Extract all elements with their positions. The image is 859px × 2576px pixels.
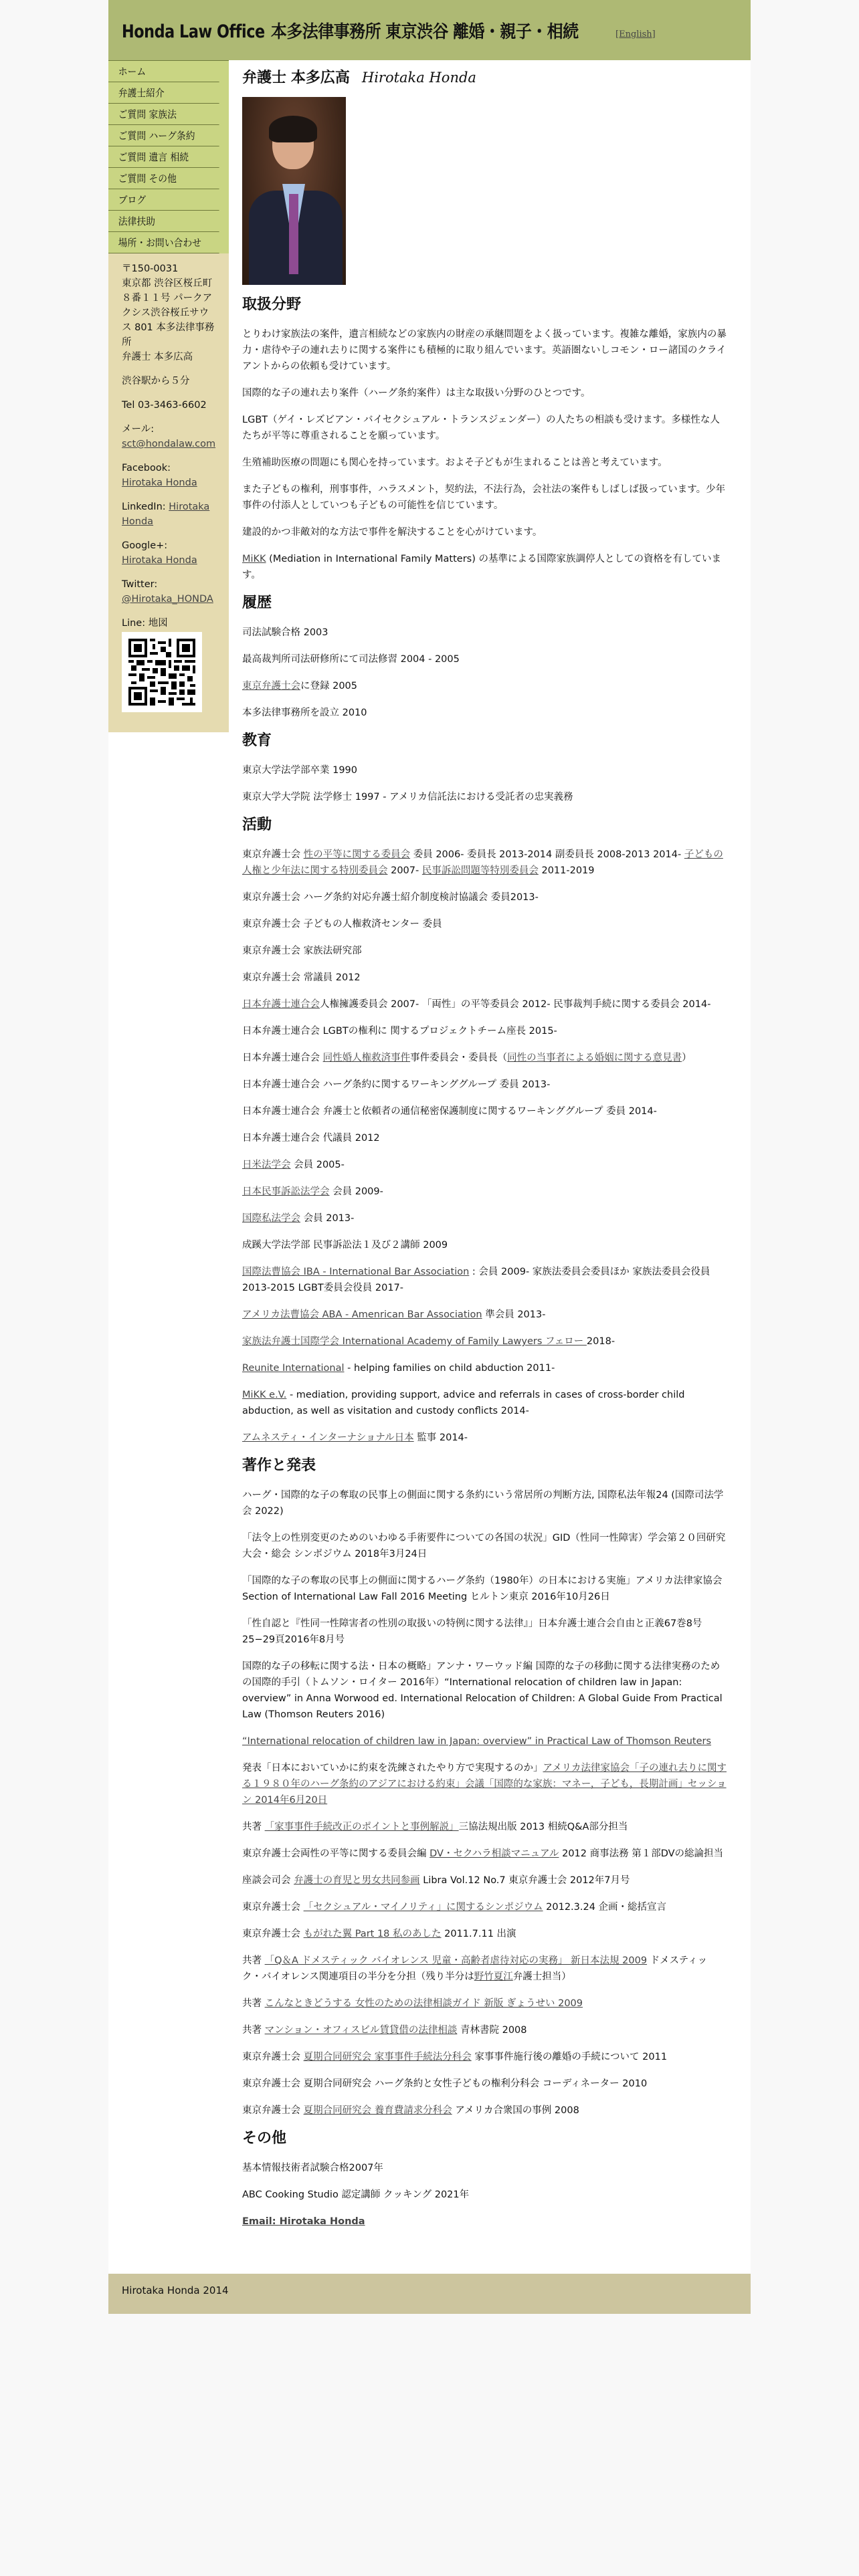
activity-item: アムネスティ・インターナショナル日本 監事 2014- (242, 1430, 727, 1446)
publication-link[interactable]: こんなときどうする 女性のための法律相談ガイド 新版 ぎょうせい 2009 (265, 1998, 583, 2009)
publication-link[interactable]: 弁護士の育児と男女共同参画 (294, 1875, 420, 1886)
education-item: 東京大学大学院 法学修士 1997 - アメリカ信託法における受託者の忠実義務 (242, 789, 727, 805)
activity-item: 日本民事訴訟法学会 会員 2009- (242, 1184, 727, 1200)
publication-link[interactable]: もがれた翼 Part 18 私のあした (304, 1929, 442, 1939)
practice-paragraph: 国際的な子の連れ去り案件（ハーグ条約案件）は主な取扱い分野のひとつです。 (242, 385, 727, 401)
activity-item: MiKK e.V. - mediation, providing support… (242, 1387, 727, 1419)
nav-item-home[interactable]: ホーム (108, 61, 219, 82)
activity-item: 家族法弁護士国際学会 International Academy of Fami… (242, 1333, 727, 1350)
publication-item: 東京弁護士会両性の平等に関する委員会編 DV・セクハラ相談マニュアル 2012 … (242, 1846, 727, 1862)
publication-item: 共著 「家事事件手続改正のポイントと事例解説」三協法規出版 2013 相続Q&A… (242, 1819, 727, 1835)
activity-link[interactable]: アメリカ法曹協会 ABA - Amenrican Bar Association (242, 1309, 482, 1320)
activity-link[interactable]: 日米法学会 (242, 1160, 291, 1170)
nav-item-blog[interactable]: ブログ (108, 189, 219, 211)
publication-link[interactable]: “International relocation of children la… (242, 1736, 711, 1747)
site-title-jp[interactable]: 本多法律事務所 東京渋谷 離婚・親子・相続 (271, 22, 579, 42)
publication-item: “International relocation of children la… (242, 1733, 727, 1749)
activity-link[interactable]: Reunite International (242, 1363, 345, 1374)
activity-item: 日米法学会 会員 2005- (242, 1157, 727, 1173)
publication-item: 東京弁護士会 もがれた翼 Part 18 私のあした 2011.7.11 出演 (242, 1926, 727, 1942)
line-map: 地図 (149, 618, 168, 629)
other-item: ABC Cooking Studio 認定講師 クッキング 2021年 (242, 2187, 727, 2203)
footer-copyright: Hirotaka Honda 2014 (122, 2284, 229, 2296)
site-title[interactable]: Honda Law Office本多法律事務所 東京渋谷 離婚・親子・相続 (122, 18, 579, 43)
activity-link[interactable]: アムネスティ・インターナショナル日本 (242, 1432, 414, 1443)
practice-paragraph: 生殖補助医療の問題にも関心を持っています。およそ子どもが生まれることは善と考えて… (242, 455, 727, 471)
lawyer-portrait-image (242, 97, 346, 285)
mail-link[interactable]: sct@hondalaw.com (122, 439, 215, 449)
publication-item: 「国際的な子の奪取の民事上の側面に関するハーグ条約（1980年）の日本における実… (242, 1573, 727, 1605)
activity-item: アメリカ法曹協会 ABA - Amenrican Bar Association… (242, 1307, 727, 1323)
page-container: Honda Law Office本多法律事務所 東京渋谷 離婚・親子・相続 [E… (108, 0, 751, 2314)
twitter-label: Twitter: (122, 579, 157, 590)
english-link[interactable]: [English] (615, 29, 656, 39)
activity-link[interactable]: 家族法弁護士国際学会 International Academy of Fami… (242, 1336, 587, 1347)
publication-item: 国際的な子の移転に関する法・日本の概略」アンナ・ワーウッド編 国際的な子の移動に… (242, 1658, 727, 1723)
address-block: 〒150-0031 東京都 渋谷区桜丘町８番１１号 パークアクシス渋谷桜丘サウス… (122, 261, 218, 364)
publication-link[interactable]: 「Q＆A ドメスティック バイオレンス 児童・高齢者虐待対応の実務」 新日本法規… (265, 1955, 647, 1966)
publication-link[interactable]: 夏期合同研究会 養育費請求分科会 (304, 2105, 452, 2116)
sidebar: ホーム 弁護士紹介 ご質問 家族法 ご質問 ハーグ条約 ご質問 遺言 相続 ご質… (108, 60, 229, 732)
nav-item-faq-wills[interactable]: ご質問 遺言 相続 (108, 146, 219, 168)
activity-link[interactable]: MiKK e.V. (242, 1390, 286, 1400)
publication-item: 「性自認と『性同一性障害者の性別の取扱いの特例に関する法律』」日本弁護士連合会自… (242, 1616, 727, 1648)
publication-item: 座談会司会 弁護士の育児と男女共同参画 Libra Vol.12 No.7 東京… (242, 1872, 727, 1889)
activity-item: 日本弁護士連合会 LGBTの権利に 関するプロジェクトチーム座長 2015- (242, 1023, 727, 1039)
page-title-en: Hirotaka Honda (362, 70, 476, 86)
mikk-link[interactable]: MiKK (242, 554, 266, 564)
page-title-jp: 弁護士 本多広高 (242, 70, 350, 86)
address: 東京都 渋谷区桜丘町８番１１号 パークアクシス渋谷桜丘サウス 801 本多法律事… (122, 278, 214, 348)
publication-item: 発表「日本においていかに約束を洗練されたやり方で実現するのか」アメリカ法律家協会… (242, 1760, 727, 1808)
facebook-block: Facebook: Hirotaka Honda (122, 461, 218, 490)
google-block: Google+: Hirotaka Honda (122, 538, 218, 568)
activity-link[interactable]: 民事訴訟問題等特別委員会 (422, 865, 539, 876)
education-item: 東京大学法学部卒業 1990 (242, 762, 727, 778)
activity-item: 東京弁護士会 家族法研究部 (242, 943, 727, 959)
activity-item: 日本弁護士連合会 ハーグ条約に関するワーキンググループ 委員 2013- (242, 1077, 727, 1093)
publication-link[interactable]: DV・セクハラ相談マニュアル (429, 1848, 559, 1859)
publication-link[interactable]: マンション・オフィスビル賃貸借の法律相談 (265, 2025, 458, 2036)
page-title: 弁護士 本多広高Hirotaka Honda (242, 70, 727, 86)
activity-item: 東京弁護士会 ハーグ条約対応弁護士紹介制度検討協議会 委員2013- (242, 889, 727, 905)
activity-item: 日本弁護士連合会 同性婚人権救済事件事件委員会・委員長（同性の当事者による婚姻に… (242, 1050, 727, 1066)
publication-link[interactable]: 夏期合同研究会 家事事件手続法分科会 (304, 2052, 472, 2062)
publication-item: 東京弁護士会 夏期合同研究会 ハーグ条約と女性子どもの権利分科会 コーディネータ… (242, 2076, 727, 2092)
site-footer: Hirotaka Honda 2014 (108, 2274, 751, 2314)
history-item: 東京弁護士会に登録 2005 (242, 678, 727, 694)
activity-item: 日本弁護士連合会 弁護士と依頼者の通信秘密保護制度に関するワーキンググループ 委… (242, 1103, 727, 1119)
publication-item: ハーグ・国際的な子の奪取の民事上の側面に関する条約にいう常居所の判断方法, 国際… (242, 1487, 727, 1519)
publication-link[interactable]: 野竹夏江 (474, 1971, 513, 1982)
line-block: Line: 地図 (122, 616, 218, 631)
other-item: 基本情報技術者試験合格2007年 (242, 2160, 727, 2176)
nav-menu: ホーム 弁護士紹介 ご質問 家族法 ご質問 ハーグ条約 ご質問 遺言 相続 ご質… (108, 60, 229, 253)
publication-item: 東京弁護士会 夏期合同研究会 養育費請求分科会 アメリカ合衆国の事例 2008 (242, 2103, 727, 2119)
practice-paragraph: また子どもの権利，刑事事件，ハラスメント，契約法，不法行為，会社法の案件もしばし… (242, 481, 727, 514)
activity-link[interactable]: 性の平等に関する委員会 (304, 849, 411, 860)
google-label: Google+: (122, 540, 167, 551)
contact-box: 〒150-0031 東京都 渋谷区桜丘町８番１１号 パークアクシス渋谷桜丘サウス… (108, 253, 229, 732)
tokyo-bar-link[interactable]: 東京弁護士会 (242, 681, 300, 691)
activity-link[interactable]: 日本民事訴訟法学会 (242, 1186, 330, 1197)
activity-item: 日本弁護士連合会人権擁護委員会 2007- 「両性」の平等委員会 2012- 民… (242, 996, 727, 1012)
nav-item-lawyer-profile[interactable]: 弁護士紹介 (108, 82, 219, 104)
tel: Tel 03-3463-6602 (122, 398, 218, 413)
access: 渋谷駅から５分 (122, 374, 218, 389)
main-content: 弁護士 本多広高Hirotaka Honda 取扱分野 とりわけ家族法の案件，遺… (229, 60, 751, 2274)
activity-item: 東京弁護士会 子どもの人権救済センター 委員 (242, 916, 727, 932)
activity-item: 国際私法学会 会員 2013- (242, 1210, 727, 1226)
activity-link[interactable]: 日本弁護士連合会 (242, 999, 320, 1010)
linkedin-block: LinkedIn: Hirotaka Honda (122, 500, 218, 529)
publication-item: 共著 「Q＆A ドメスティック バイオレンス 児童・高齢者虐待対応の実務」 新日… (242, 1953, 727, 1985)
section-heading-education: 教育 (242, 733, 727, 749)
history-item: 最高裁判所司法研修所にて司法修習 2004 - 2005 (242, 651, 727, 667)
email-link[interactable]: Email: Hirotaka Honda (242, 2216, 365, 2227)
lawyer-name: 弁護士 本多広高 (122, 352, 193, 362)
publication-item: 東京弁護士会 夏期合同研究会 家事事件手続法分科会 家事事件施行後の離婚の手続に… (242, 2049, 727, 2065)
practice-paragraph: とりわけ家族法の案件，遺言相続などの家族内の財産の承継問題をよく扱っています。複… (242, 326, 727, 374)
section-heading-publications: 著作と発表 (242, 1458, 727, 1474)
section-heading-history: 履歴 (242, 595, 727, 611)
twitter-block: Twitter: @Hirotaka_HONDA (122, 577, 218, 607)
nav-item-contact[interactable]: 場所・お問い合わせ (108, 232, 219, 253)
activity-item: 成蹊大学法学部 民事訴訟法１及び２講師 2009 (242, 1237, 727, 1253)
mail-label: メール: (122, 424, 154, 435)
practice-paragraph: MiKK (Mediation in International Family … (242, 551, 727, 583)
publication-link[interactable]: 「セクシュアル・マイノリティ」に関するシンポジウム (304, 1902, 543, 1913)
practice-paragraph: LGBT（ゲイ・レズビアン・バイセクシュアル・トランスジェンダー）の人たちの相談… (242, 412, 727, 444)
nav-item-faq-family-law[interactable]: ご質問 家族法 (108, 104, 219, 125)
site-header: Honda Law Office本多法律事務所 東京渋谷 離婚・親子・相続 [E… (108, 0, 751, 60)
mail-block: メール: sct@hondalaw.com (122, 422, 218, 451)
postal-code: 〒150-0031 (122, 263, 178, 274)
activity-link[interactable]: 国際私法学会 (242, 1213, 300, 1224)
email-block: Email: Hirotaka Honda (242, 2214, 727, 2230)
nav-item-faq-hague[interactable]: ご質問 ハーグ条約 (108, 125, 219, 146)
activity-link[interactable]: 同性の当事者による婚姻に関する意見書 (507, 1053, 682, 1063)
practice-paragraph: 建設的かつ非敵対的な方法で事件を解決することを心がけています。 (242, 524, 727, 540)
google-link[interactable]: Hirotaka Honda (122, 555, 197, 566)
activity-item: Reunite International - helping families… (242, 1360, 727, 1376)
nav-item-faq-other[interactable]: ご質問 その他 (108, 168, 219, 189)
linkedin-label: LinkedIn: (122, 502, 166, 512)
activity-item: 日本弁護士連合会 代議員 2012 (242, 1130, 727, 1146)
nav-item-legal-aid[interactable]: 法律扶助 (108, 211, 219, 232)
publication-item: 共著 マンション・オフィスビル賃貸借の法律相談 青林書院 2008 (242, 2022, 727, 2038)
publication-item: 「法令上の性別変更のためのいわゆる手術要件についての各国の状況」GID（性同一性… (242, 1530, 727, 1562)
activity-item: 東京弁護士会 性の平等に関する委員会 委員 2006- 委員長 2013-201… (242, 847, 727, 879)
activity-item: 東京弁護士会 常議員 2012 (242, 970, 727, 986)
publication-item: 共著 こんなときどうする 女性のための法律相談ガイド 新版 ぎょうせい 2009 (242, 1996, 727, 2012)
activity-item: 国際法曹協会 IBA - International Bar Associati… (242, 1264, 727, 1296)
twitter-link[interactable]: @Hirotaka_HONDA (122, 594, 213, 605)
history-item: 司法試験合格 2003 (242, 625, 727, 641)
section-heading-activities: 活動 (242, 817, 727, 833)
section-heading-other: その他 (242, 2131, 727, 2147)
history-item: 本多法律事務所を設立 2010 (242, 705, 727, 721)
activity-link[interactable]: 国際法曹協会 IBA - International Bar Associati… (242, 1267, 469, 1277)
publication-item: 東京弁護士会 「セクシュアル・マイノリティ」に関するシンポジウム 2012.3.… (242, 1899, 727, 1915)
facebook-label: Facebook: (122, 463, 171, 473)
line-label: Line: (122, 618, 145, 629)
publication-link[interactable]: 「家事事件手続改正のポイントと事例解説」 (265, 1822, 459, 1832)
line-qr-code-icon[interactable] (122, 632, 202, 712)
activity-link[interactable]: 同性婚人権救済事件 (323, 1053, 411, 1063)
section-heading-practice: 取扱分野 (242, 297, 727, 313)
site-title-en[interactable]: Honda Law Office (122, 21, 265, 42)
facebook-link[interactable]: Hirotaka Honda (122, 477, 197, 488)
